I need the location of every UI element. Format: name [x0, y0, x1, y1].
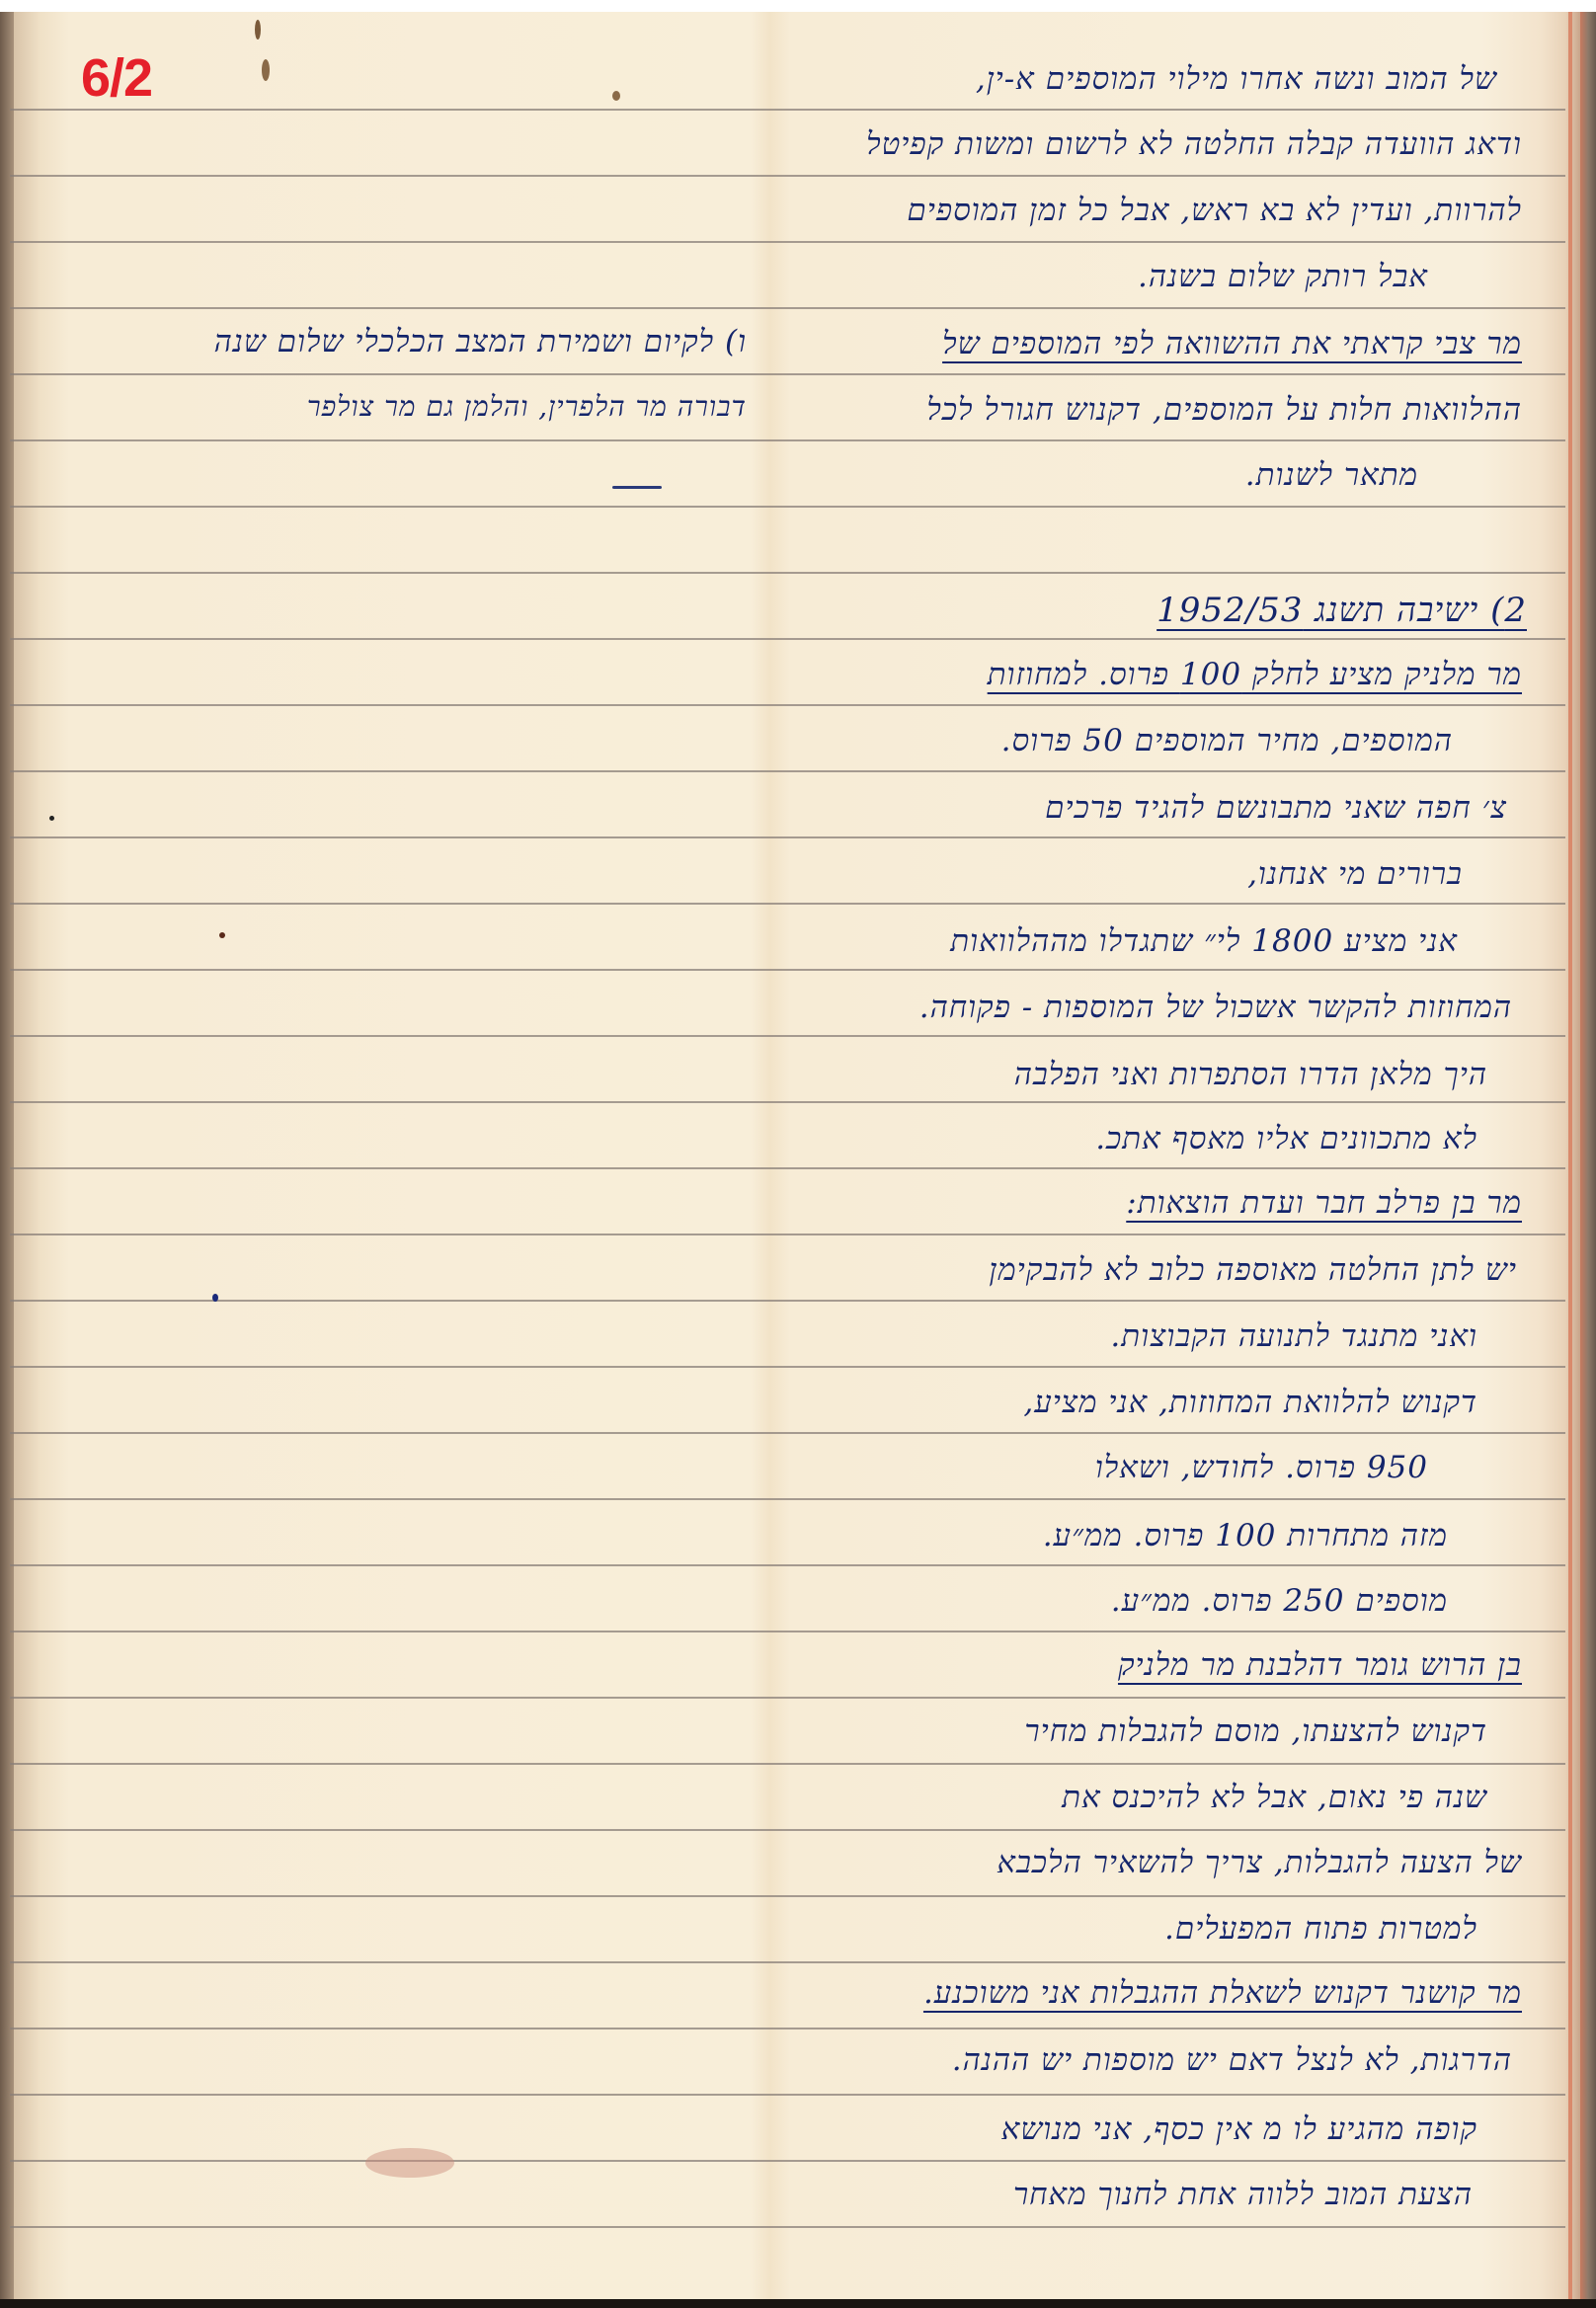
ink-dot: [219, 932, 225, 938]
ruled-line: [10, 307, 1565, 309]
ruled-line: [10, 175, 1565, 177]
minutes-line: לא מתכוונים אליו מאסף אתכ.: [1095, 1121, 1477, 1156]
minutes-line: יש לתן החלטה מאוספה כלוב לא להבקימן: [989, 1252, 1517, 1288]
minutes-line: דקנוש להלוואת המחוזות, אני מציע,: [1023, 1385, 1477, 1420]
minutes-line: מתאר לשנות.: [1245, 457, 1418, 493]
minutes-line: המוספים, מחיר המוספים 50 פרוס.: [1001, 723, 1453, 758]
ruled-line: [10, 903, 1565, 905]
minutes-line: קופה מהגיע לו מ אין כסף, אני מנושא: [1001, 2111, 1477, 2147]
minutes-line: 950 פרוס. לחודש, ושאלו: [1095, 1450, 1428, 1485]
minutes-line: להרוות, ועדין לא בא ראש, אבל כל זמן המוס…: [907, 193, 1522, 228]
ruled-line: [10, 1366, 1565, 1368]
ruled-line: [10, 572, 1565, 574]
minutes-line: היך מלאן הדרו הסתפרות ואני הפלבה: [1014, 1057, 1487, 1092]
ruled-line: [10, 1895, 1565, 1897]
ruled-line: [10, 704, 1565, 706]
minutes-line: אני מציע 1800 לי״ שתגדלו מההלוואות: [950, 923, 1458, 959]
paper-speck: [612, 91, 620, 101]
ruled-line: [10, 1564, 1565, 1566]
ruled-line: [10, 109, 1565, 111]
ruled-line: [10, 638, 1565, 640]
scan-bottom-edge: [0, 2299, 1596, 2308]
ruled-line: [10, 2226, 1565, 2228]
left-note-line-1: ו) לקיום ושמירת המצב הכלכלי שלום שנה: [214, 324, 747, 359]
ruled-line: [10, 1300, 1565, 1302]
minutes-line: ואני מתנגד לתנועה הקבוצות.: [1110, 1318, 1477, 1354]
stain: [365, 2148, 454, 2178]
minutes-line: צ׳ חפה שאני מתבונשם להגיד פרכים: [1045, 790, 1507, 826]
notebook-spine: [0, 12, 14, 2301]
minutes-line: מר מלניק מציע לחלק 100 פרוס. למחוזות: [988, 657, 1522, 692]
ruled-line: [10, 2028, 1565, 2029]
paper-speck: [255, 20, 261, 40]
minutes-line: מר בן פרלב חבר ועדת הוצאות:: [1126, 1185, 1522, 1221]
ruled-line: [10, 506, 1565, 508]
ruled-line: [10, 2160, 1565, 2162]
ruled-line: [10, 2094, 1565, 2096]
page-edge-line: [1568, 12, 1572, 2301]
ruled-line: [10, 770, 1565, 772]
minutes-line: של הצעה להגבלות, צריך להשאיר הלכבא: [997, 1845, 1522, 1880]
minutes-line: ודאג הוועדה קבלה החלטה לא לרשום ומשות קפ…: [866, 126, 1522, 162]
ruled-line: [10, 373, 1565, 375]
left-note-line-2: דבורה מר הלפרין, והלמן גם מר צולפר: [307, 390, 747, 424]
ruled-line: [10, 1961, 1565, 1963]
ruled-line: [10, 439, 1565, 441]
ruled-line: [10, 1432, 1565, 1434]
ruled-line: [10, 836, 1565, 838]
ink-dot: [49, 816, 54, 821]
minutes-line: למטרות פתוח המפעלים.: [1164, 1911, 1477, 1947]
ruled-line: [10, 1697, 1565, 1699]
minutes-line: 2) ישיבה תשנג 1952/53: [1157, 591, 1527, 630]
ruled-line: [10, 1763, 1565, 1765]
minutes-line: הדרגות, לא לנצל דאם יש מוספות יש ההנה.: [952, 2042, 1512, 2078]
ruled-line: [10, 969, 1565, 971]
page-edge: [1580, 12, 1596, 2301]
minutes-line: מוספים 250 פרוס. ממ״ע.: [1111, 1583, 1448, 1619]
minutes-line: אבל רותק שלום בשנה.: [1138, 259, 1428, 294]
minutes-line: של המוב ונשה אחרו מילוי המוספים א-ין,: [976, 61, 1497, 97]
ruled-line: [10, 1035, 1565, 1037]
pen-mark: [612, 486, 662, 489]
ruled-line: [10, 1631, 1565, 1632]
minutes-line: דקנוש להצעתו, מוסם להגבלות מחיר: [1024, 1713, 1487, 1749]
ruled-line: [10, 1101, 1565, 1103]
minutes-line: מר קושנר דקנוש לשאלת ההגבלות אני משוכנע.: [923, 1975, 1522, 2011]
ruled-line: [10, 241, 1565, 243]
minutes-line: המחוזות להקשר אשכול של המוספות - פקוחה.: [919, 990, 1512, 1025]
ruled-line: [10, 1498, 1565, 1500]
minutes-line: ברורים מי אנחנו,: [1247, 856, 1463, 892]
minutes-line: הצעת המוב ללווה אחת לחנוך מאחר: [1013, 2177, 1473, 2212]
minutes-line: מזה מתחרות 100 פרוס. ממ״ע.: [1043, 1518, 1448, 1553]
minutes-line: ההלוואות חלות על המוספים, דקנוש חגורל לכ…: [926, 392, 1522, 428]
ruled-line: [10, 1829, 1565, 1831]
minutes-line: שנה פי נאום, אבל לא להיכנס את: [1062, 1780, 1487, 1815]
ruled-line: [10, 1167, 1565, 1169]
minutes-line: בן הרוש גומר דהלבנת מר מלניק: [1118, 1647, 1522, 1683]
page-number-label: 6/2: [81, 47, 152, 109]
paper-speck: [262, 59, 270, 81]
ink-dot: [212, 1294, 218, 1302]
minutes-line: מר צבי קראתי את ההשוואה לפי המוספים של: [942, 326, 1522, 361]
ruled-line: [10, 1234, 1565, 1235]
